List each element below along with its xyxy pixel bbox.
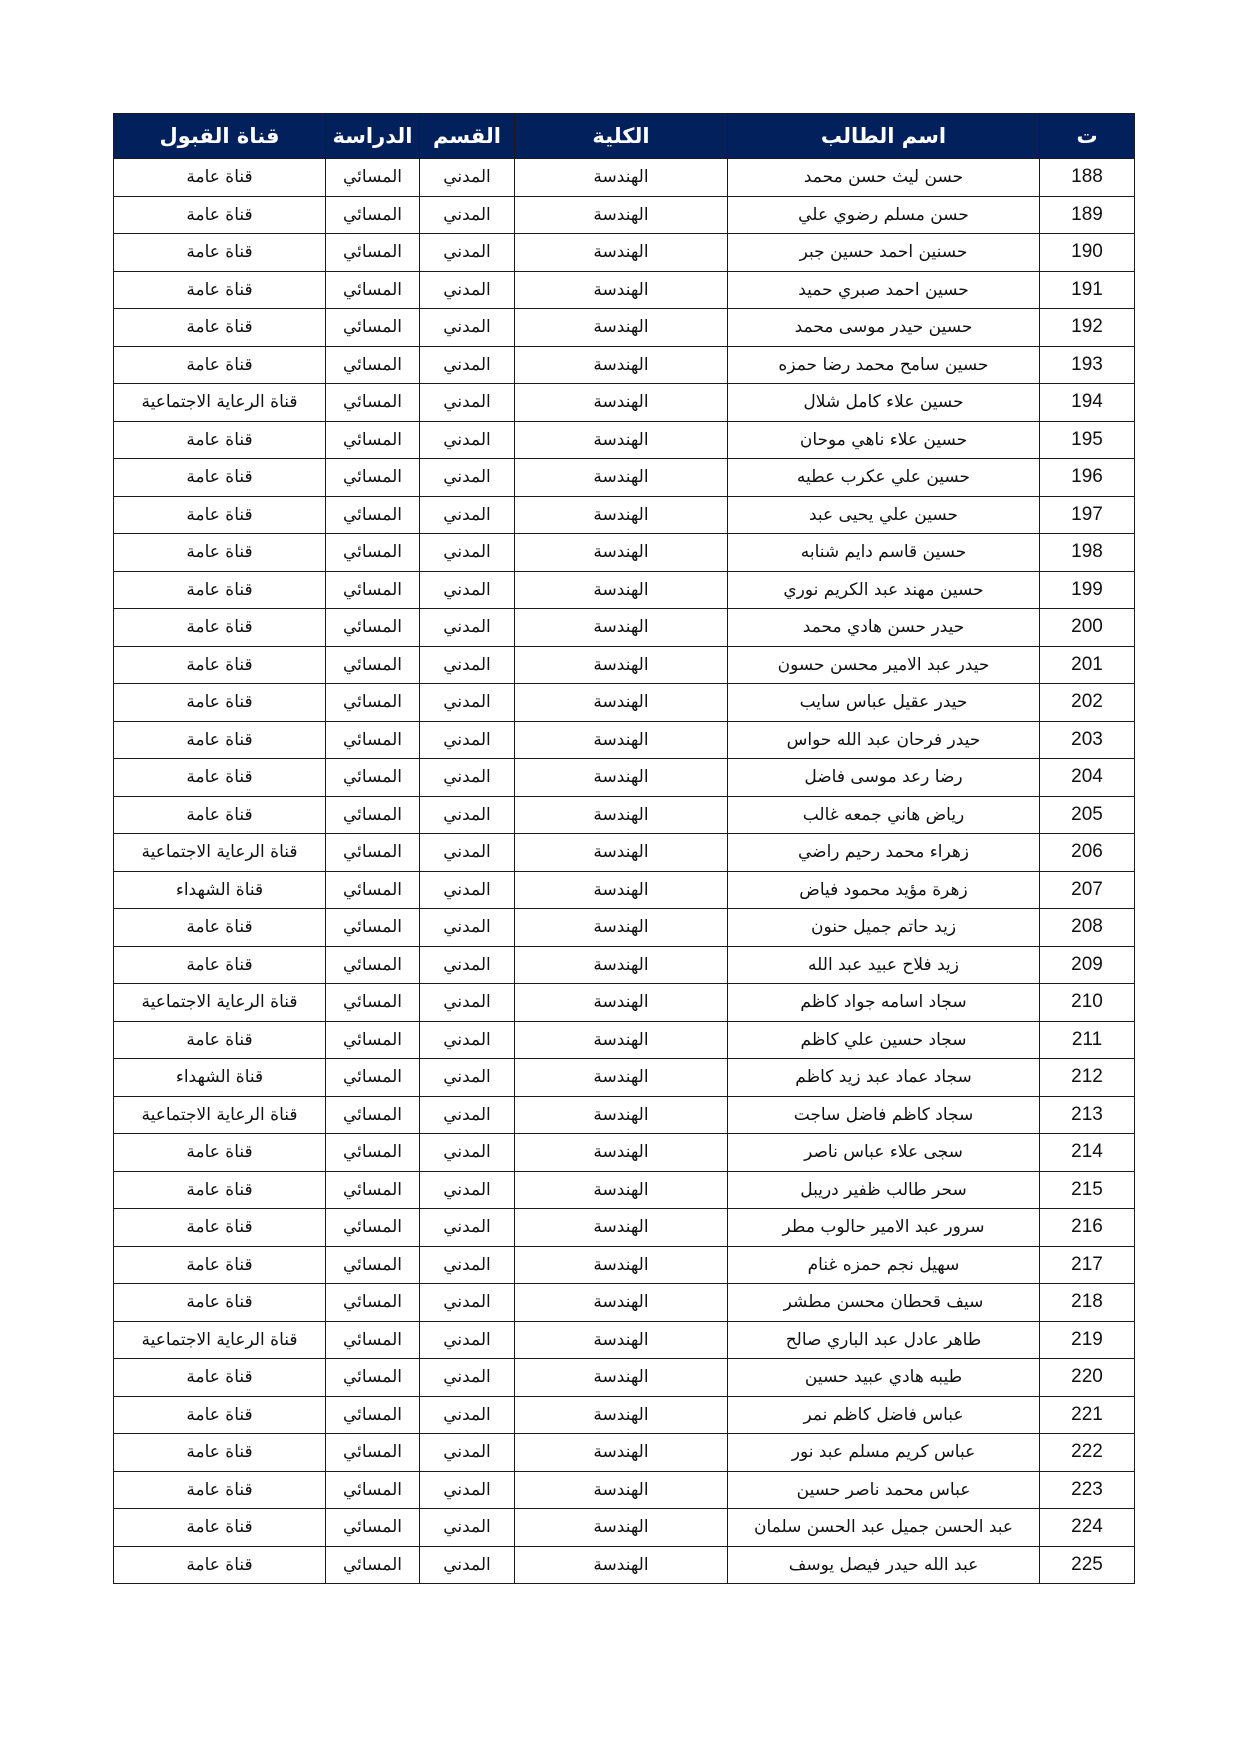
table-row: 218سيف قحطان محسن مطشرالهندسةالمدنيالمسا… [114,1284,1135,1322]
table-header: ت اسم الطالب الكلية القسم الدراسة قناة ا… [114,114,1135,159]
header-row: ت اسم الطالب الكلية القسم الدراسة قناة ا… [114,114,1135,159]
study-type: المسائي [326,1096,420,1134]
student-name: حسين مهند عبد الكريم نوري [728,571,1040,609]
table-row: 212سجاد عماد عبد زيد كاظمالهندسةالمدنيال… [114,1059,1135,1097]
table-row: 202حيدر عقيل عباس سايبالهندسةالمدنيالمسا… [114,684,1135,722]
department: المدني [420,1096,515,1134]
header-college: الكلية [515,114,728,159]
college: الهندسة [515,909,728,947]
row-number: 200 [1040,609,1135,647]
study-type: المسائي [326,759,420,797]
student-name: حيدر عبد الامير محسن حسون [728,646,1040,684]
admission-channel: قناة عامة [114,1546,326,1584]
college: الهندسة [515,609,728,647]
student-name: رياض هاني جمعه غالب [728,796,1040,834]
study-type: المسائي [326,834,420,872]
row-number: 215 [1040,1171,1135,1209]
admission-channel: قناة عامة [114,1246,326,1284]
admission-channel: قناة عامة [114,721,326,759]
study-type: المسائي [326,909,420,947]
department: المدني [420,309,515,347]
college: الهندسة [515,1321,728,1359]
row-number: 198 [1040,534,1135,572]
department: المدني [420,234,515,272]
row-number: 207 [1040,871,1135,909]
row-number: 223 [1040,1471,1135,1509]
row-number: 191 [1040,271,1135,309]
student-name: حيدر عقيل عباس سايب [728,684,1040,722]
admission-channel: قناة عامة [114,1509,326,1547]
department: المدني [420,534,515,572]
department: المدني [420,421,515,459]
table-row: 224عبد الحسن جميل عبد الحسن سلمانالهندسة… [114,1509,1135,1547]
admission-channel: قناة عامة [114,1471,326,1509]
department: المدني [420,759,515,797]
college: الهندسة [515,346,728,384]
department: المدني [420,1396,515,1434]
college: الهندسة [515,309,728,347]
college: الهندسة [515,496,728,534]
row-number: 210 [1040,984,1135,1022]
study-type: المسائي [326,346,420,384]
row-number: 221 [1040,1396,1135,1434]
college: الهندسة [515,646,728,684]
student-name: حسين علاء كامل شلال [728,384,1040,422]
study-type: المسائي [326,1284,420,1322]
department: المدني [420,609,515,647]
college: الهندسة [515,684,728,722]
college: الهندسة [515,1134,728,1172]
table-row: 211سجاد حسين علي كاظمالهندسةالمدنيالمسائ… [114,1021,1135,1059]
study-type: المسائي [326,234,420,272]
row-number: 218 [1040,1284,1135,1322]
student-name: زيد فلاح عبيد عبد الله [728,946,1040,984]
department: المدني [420,721,515,759]
study-type: المسائي [326,796,420,834]
row-number: 202 [1040,684,1135,722]
department: المدني [420,1021,515,1059]
row-number: 204 [1040,759,1135,797]
row-number: 212 [1040,1059,1135,1097]
study-type: المسائي [326,984,420,1022]
study-type: المسائي [326,1021,420,1059]
study-type: المسائي [326,646,420,684]
admission-channel: قناة عامة [114,271,326,309]
college: الهندسة [515,159,728,197]
college: الهندسة [515,1246,728,1284]
table-row: 220طيبه هادي عبيد حسينالهندسةالمدنيالمسا… [114,1359,1135,1397]
student-name: عباس محمد ناصر حسين [728,1471,1040,1509]
header-department: القسم [420,114,515,159]
row-number: 225 [1040,1546,1135,1584]
row-number: 190 [1040,234,1135,272]
department: المدني [420,159,515,197]
department: المدني [420,346,515,384]
study-type: المسائي [326,684,420,722]
admission-channel: قناة عامة [114,759,326,797]
study-type: المسائي [326,534,420,572]
student-name: حسين سامح محمد رضا حمزه [728,346,1040,384]
table-row: 190حسنين احمد حسين جبرالهندسةالمدنيالمسا… [114,234,1135,272]
row-number: 196 [1040,459,1135,497]
department: المدني [420,384,515,422]
college: الهندسة [515,1434,728,1472]
college: الهندسة [515,384,728,422]
study-type: المسائي [326,1509,420,1547]
department: المدني [420,834,515,872]
department: المدني [420,459,515,497]
student-name: حسين قاسم دايم شنابه [728,534,1040,572]
department: المدني [420,1509,515,1547]
table-body: 188حسن ليث حسن محمدالهندسةالمدنيالمسائيق… [114,159,1135,1584]
admission-channel: قناة عامة [114,159,326,197]
study-type: المسائي [326,721,420,759]
students-table: ت اسم الطالب الكلية القسم الدراسة قناة ا… [113,113,1135,1584]
student-name: حيدر فرحان عبد الله حواس [728,721,1040,759]
department: المدني [420,271,515,309]
college: الهندسة [515,1396,728,1434]
study-type: المسائي [326,1471,420,1509]
study-type: المسائي [326,1059,420,1097]
admission-channel: قناة عامة [114,196,326,234]
admission-channel: قناة الرعاية الاجتماعية [114,1096,326,1134]
table-row: 219طاهر عادل عبد الباري صالحالهندسةالمدن… [114,1321,1135,1359]
row-number: 206 [1040,834,1135,872]
row-number: 201 [1040,646,1135,684]
table-row: 194حسين علاء كامل شلالالهندسةالمدنيالمسا… [114,384,1135,422]
admission-channel: قناة عامة [114,1396,326,1434]
table-row: 192حسين حيدر موسى محمدالهندسةالمدنيالمسا… [114,309,1135,347]
row-number: 205 [1040,796,1135,834]
study-type: المسائي [326,1359,420,1397]
table-row: 198حسين قاسم دايم شنابهالهندسةالمدنيالمس… [114,534,1135,572]
table-row: 205رياض هاني جمعه غالبالهندسةالمدنيالمسا… [114,796,1135,834]
department: المدني [420,1246,515,1284]
row-number: 220 [1040,1359,1135,1397]
student-name: طيبه هادي عبيد حسين [728,1359,1040,1397]
student-name: حيدر حسن هادي محمد [728,609,1040,647]
student-name: حسين حيدر موسى محمد [728,309,1040,347]
admission-channel: قناة عامة [114,909,326,947]
row-number: 217 [1040,1246,1135,1284]
department: المدني [420,909,515,947]
admission-channel: قناة عامة [114,1209,326,1247]
table-row: 191حسين احمد صبري حميدالهندسةالمدنيالمسا… [114,271,1135,309]
department: المدني [420,684,515,722]
study-type: المسائي [326,196,420,234]
student-name: حسين علي يحيى عبد [728,496,1040,534]
header-admission-channel: قناة القبول [114,114,326,159]
study-type: المسائي [326,271,420,309]
study-type: المسائي [326,571,420,609]
admission-channel: قناة عامة [114,571,326,609]
row-number: 216 [1040,1209,1135,1247]
study-type: المسائي [326,1209,420,1247]
admission-channel: قناة الرعاية الاجتماعية [114,1321,326,1359]
header-study: الدراسة [326,114,420,159]
student-name: سهيل نجم حمزه غنام [728,1246,1040,1284]
student-name: سجاد عماد عبد زيد كاظم [728,1059,1040,1097]
student-name: سيف قحطان محسن مطشر [728,1284,1040,1322]
college: الهندسة [515,834,728,872]
admission-channel: قناة عامة [114,684,326,722]
college: الهندسة [515,1096,728,1134]
study-type: المسائي [326,1396,420,1434]
student-name: سجاد اسامه جواد كاظم [728,984,1040,1022]
department: المدني [420,1171,515,1209]
table-row: 208زيد حاتم جميل حنونالهندسةالمدنيالمسائ… [114,909,1135,947]
college: الهندسة [515,271,728,309]
student-name: عبد الله حيدر فيصل يوسف [728,1546,1040,1584]
study-type: المسائي [326,1171,420,1209]
department: المدني [420,1209,515,1247]
table-row: 189حسن مسلم رضوي عليالهندسةالمدنيالمسائي… [114,196,1135,234]
row-number: 203 [1040,721,1135,759]
table-row: 195حسين علاء ناهي موحانالهندسةالمدنيالمس… [114,421,1135,459]
department: المدني [420,571,515,609]
college: الهندسة [515,796,728,834]
college: الهندسة [515,984,728,1022]
row-number: 189 [1040,196,1135,234]
college: الهندسة [515,871,728,909]
student-name: رضا رعد موسى فاضل [728,759,1040,797]
student-name: حسنين احمد حسين جبر [728,234,1040,272]
study-type: المسائي [326,1134,420,1172]
row-number: 208 [1040,909,1135,947]
department: المدني [420,1134,515,1172]
study-type: المسائي [326,384,420,422]
student-name: سجاد كاظم فاضل ساجت [728,1096,1040,1134]
college: الهندسة [515,459,728,497]
table-row: 199حسين مهند عبد الكريم نوريالهندسةالمدن… [114,571,1135,609]
row-number: 193 [1040,346,1135,384]
table-row: 217سهيل نجم حمزه غنامالهندسةالمدنيالمسائ… [114,1246,1135,1284]
student-name: حسين علاء ناهي موحان [728,421,1040,459]
college: الهندسة [515,571,728,609]
row-number: 213 [1040,1096,1135,1134]
department: المدني [420,871,515,909]
department: المدني [420,1359,515,1397]
table-row: 201حيدر عبد الامير محسن حسونالهندسةالمدن… [114,646,1135,684]
table-row: 206زهراء محمد رحيم راضيالهندسةالمدنيالمس… [114,834,1135,872]
college: الهندسة [515,534,728,572]
college: الهندسة [515,1471,728,1509]
student-name: حسين احمد صبري حميد [728,271,1040,309]
college: الهندسة [515,1171,728,1209]
table-row: 200حيدر حسن هادي محمدالهندسةالمدنيالمسائ… [114,609,1135,647]
student-name: سرور عبد الامير حالوب مطر [728,1209,1040,1247]
admission-channel: قناة عامة [114,1284,326,1322]
table-row: 203حيدر فرحان عبد الله حواسالهندسةالمدني… [114,721,1135,759]
admission-channel: قناة عامة [114,346,326,384]
table-row: 193حسين سامح محمد رضا حمزهالهندسةالمدنيا… [114,346,1135,384]
department: المدني [420,196,515,234]
admission-channel: قناة عامة [114,796,326,834]
college: الهندسة [515,234,728,272]
student-name: حسين علي عكرب عطيه [728,459,1040,497]
row-number: 211 [1040,1021,1135,1059]
row-number: 194 [1040,384,1135,422]
admission-channel: قناة عامة [114,496,326,534]
study-type: المسائي [326,159,420,197]
table-row: 204رضا رعد موسى فاضلالهندسةالمدنيالمسائي… [114,759,1135,797]
student-name: زيد حاتم جميل حنون [728,909,1040,947]
college: الهندسة [515,1359,728,1397]
college: الهندسة [515,1284,728,1322]
table-row: 215سحر طالب ظفير دريبلالهندسةالمدنيالمسا… [114,1171,1135,1209]
study-type: المسائي [326,1246,420,1284]
table-row: 197حسين علي يحيى عبدالهندسةالمدنيالمسائي… [114,496,1135,534]
row-number: 214 [1040,1134,1135,1172]
department: المدني [420,646,515,684]
department: المدني [420,984,515,1022]
student-name: عباس فاضل كاظم نمر [728,1396,1040,1434]
row-number: 188 [1040,159,1135,197]
department: المدني [420,1284,515,1322]
college: الهندسة [515,1059,728,1097]
row-number: 222 [1040,1434,1135,1472]
table-row: 222عباس كريم مسلم عبد نورالهندسةالمدنيال… [114,1434,1135,1472]
admission-channel: قناة عامة [114,1434,326,1472]
student-name: عبد الحسن جميل عبد الحسن سلمان [728,1509,1040,1547]
admission-channel: قناة الرعاية الاجتماعية [114,834,326,872]
department: المدني [420,946,515,984]
admission-channel: قناة عامة [114,1171,326,1209]
student-name: زهراء محمد رحيم راضي [728,834,1040,872]
table-row: 196حسين علي عكرب عطيهالهندسةالمدنيالمسائ… [114,459,1135,497]
study-type: المسائي [326,496,420,534]
department: المدني [420,1434,515,1472]
study-type: المسائي [326,309,420,347]
row-number: 209 [1040,946,1135,984]
college: الهندسة [515,196,728,234]
admission-channel: قناة الرعاية الاجتماعية [114,384,326,422]
student-name: عباس كريم مسلم عبد نور [728,1434,1040,1472]
table-row: 221عباس فاضل كاظم نمرالهندسةالمدنيالمسائ… [114,1396,1135,1434]
admission-channel: قناة الرعاية الاجتماعية [114,984,326,1022]
college: الهندسة [515,1509,728,1547]
table-row: 214سجى علاء عباس ناصرالهندسةالمدنيالمسائ… [114,1134,1135,1172]
department: المدني [420,796,515,834]
row-number: 199 [1040,571,1135,609]
table-row: 223عباس محمد ناصر حسينالهندسةالمدنيالمسا… [114,1471,1135,1509]
college: الهندسة [515,1021,728,1059]
college: الهندسة [515,421,728,459]
study-type: المسائي [326,1546,420,1584]
college: الهندسة [515,1546,728,1584]
row-number: 192 [1040,309,1135,347]
student-name: طاهر عادل عبد الباري صالح [728,1321,1040,1359]
student-name: سجى علاء عباس ناصر [728,1134,1040,1172]
admission-channel: قناة عامة [114,646,326,684]
student-name: حسن مسلم رضوي علي [728,196,1040,234]
department: المدني [420,496,515,534]
department: المدني [420,1471,515,1509]
table-row: 209زيد فلاح عبيد عبد اللهالهندسةالمدنيال… [114,946,1135,984]
study-type: المسائي [326,1321,420,1359]
department: المدني [420,1059,515,1097]
row-number: 219 [1040,1321,1135,1359]
college: الهندسة [515,1209,728,1247]
document-page: ت اسم الطالب الكلية القسم الدراسة قناة ا… [0,0,1240,1754]
study-type: المسائي [326,609,420,647]
student-name: حسن ليث حسن محمد [728,159,1040,197]
student-name: سحر طالب ظفير دريبل [728,1171,1040,1209]
admission-channel: قناة عامة [114,609,326,647]
header-student-name: اسم الطالب [728,114,1040,159]
study-type: المسائي [326,421,420,459]
study-type: المسائي [326,1434,420,1472]
study-type: المسائي [326,871,420,909]
admission-channel: قناة الشهداء [114,1059,326,1097]
table-row: 225عبد الله حيدر فيصل يوسفالهندسةالمدنيا… [114,1546,1135,1584]
college: الهندسة [515,721,728,759]
admission-channel: قناة عامة [114,534,326,572]
student-name: سجاد حسين علي كاظم [728,1021,1040,1059]
admission-channel: قناة عامة [114,946,326,984]
study-type: المسائي [326,946,420,984]
college: الهندسة [515,946,728,984]
admission-channel: قناة الشهداء [114,871,326,909]
admission-channel: قناة عامة [114,459,326,497]
row-number: 197 [1040,496,1135,534]
college: الهندسة [515,759,728,797]
student-name: زهرة مؤيد محمود فياض [728,871,1040,909]
header-number: ت [1040,114,1135,159]
table-row: 216سرور عبد الامير حالوب مطرالهندسةالمدن… [114,1209,1135,1247]
department: المدني [420,1546,515,1584]
table-row: 188حسن ليث حسن محمدالهندسةالمدنيالمسائيق… [114,159,1135,197]
admission-channel: قناة عامة [114,1021,326,1059]
study-type: المسائي [326,459,420,497]
table-row: 210سجاد اسامه جواد كاظمالهندسةالمدنيالمس… [114,984,1135,1022]
admission-channel: قناة عامة [114,1134,326,1172]
admission-channel: قناة عامة [114,309,326,347]
table-row: 213سجاد كاظم فاضل ساجتالهندسةالمدنيالمسا… [114,1096,1135,1134]
admission-channel: قناة عامة [114,421,326,459]
row-number: 195 [1040,421,1135,459]
table-row: 207زهرة مؤيد محمود فياضالهندسةالمدنيالمس… [114,871,1135,909]
admission-channel: قناة عامة [114,234,326,272]
row-number: 224 [1040,1509,1135,1547]
department: المدني [420,1321,515,1359]
admission-channel: قناة عامة [114,1359,326,1397]
